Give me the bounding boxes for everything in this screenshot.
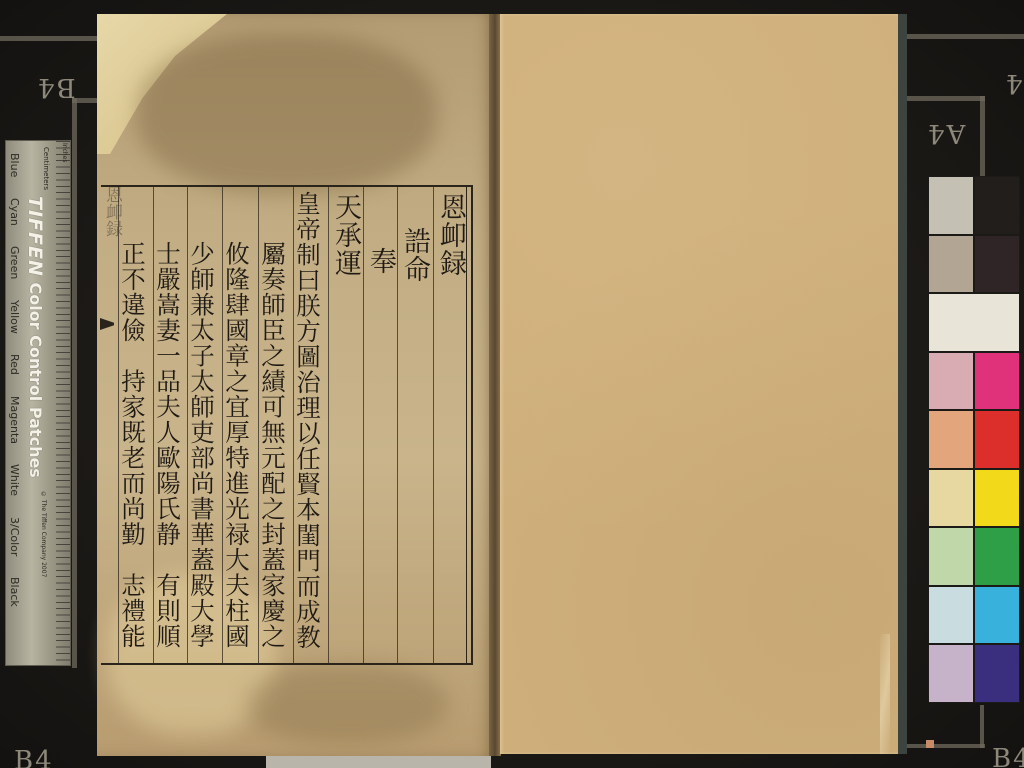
patch-name: 3/Color [8,517,21,556]
color-patch [928,176,974,235]
color-patch [974,176,1020,235]
ruler-ticks [56,141,70,665]
right-page-blank [500,14,898,754]
bottom-tab [266,756,491,768]
guide-label: A4 [926,118,965,148]
color-control-strip: Inches Centimeters Blue Cyan Green Yello… [5,140,71,666]
text-column: 攸隆肆國章之宜厚特進光禄大夫柱國 [222,241,250,649]
color-patch [928,527,974,586]
patch-name: Cyan [8,198,21,226]
brand-name: TIFFEN [24,196,46,277]
text-column: 正不違儉 持家既老而尚勤 志禮能 [118,241,146,649]
guide-line [980,705,984,748]
patch-name: Yellow [8,300,21,334]
patch-name: Red [8,354,21,375]
patch-name: Magenta [8,396,21,444]
color-patch [928,235,974,294]
guide-line [980,96,985,176]
text-column: 皇帝制曰朕方圖治理以任賢本閨門而成教 [293,191,321,650]
debris-spot [926,740,934,748]
color-patch [974,527,1020,586]
color-patch [974,469,1020,528]
text-column: 天承運 [328,193,362,277]
color-patch-chart [928,176,1020,703]
color-patch [974,644,1020,703]
strip-title: Color Control Patches [26,282,45,477]
water-stain [137,34,437,194]
text-column: 屬奏師臣之績可無元配之封蓋家慶之 [258,241,286,649]
ruler-unit-cm: Centimeters [42,147,50,190]
patch-name-list: Blue Cyan Green Yellow Red Magenta White… [8,153,21,624]
text-column: 少師兼太子太師吏部尚書華蓋殿大學 [187,241,215,649]
color-patch [928,293,1020,352]
color-patch [974,235,1020,294]
guide-label: B4 [992,744,1024,768]
guide-line [905,744,985,748]
patch-name: Black [8,577,21,607]
guide-line [72,98,77,668]
color-patch [974,410,1020,469]
page-edge [898,14,907,754]
guide-line [905,96,985,101]
color-patch [928,644,974,703]
color-patch [928,586,974,645]
guide-label: 4 [1004,68,1023,98]
water-stain [247,664,447,744]
text-column: 士嚴嵩妻一品夫人歐陽氏静 有則順 [153,241,181,649]
text-column-title: 恩卹録 [433,193,467,277]
ruler-unit-inches: Inches [61,143,68,163]
text-column: 奉 [363,247,397,275]
guide-label: B4 [14,746,54,768]
color-patch [928,410,974,469]
text-column-section: 誥命 [397,227,431,283]
guide-label: B4 [36,72,76,102]
color-patch [928,352,974,411]
color-patch [974,352,1020,411]
patch-name: White [8,464,21,496]
copyright: © The Tiffen Company 2007 [40,491,47,577]
text-frame: 恩卹録 誥命 奉 天承運 皇帝制曰朕方圖治理以任賢本閨門而成教 屬奏師臣之績可無… [101,185,473,665]
paper-crease [880,634,890,754]
patch-name: Blue [8,153,21,177]
guide-line [905,34,1024,39]
color-patch [974,586,1020,645]
color-patch [928,469,974,528]
patch-name: Green [8,246,21,279]
tiffen-logo: TIFFEN Color Control Patches [24,196,46,478]
guide-line [0,36,97,41]
